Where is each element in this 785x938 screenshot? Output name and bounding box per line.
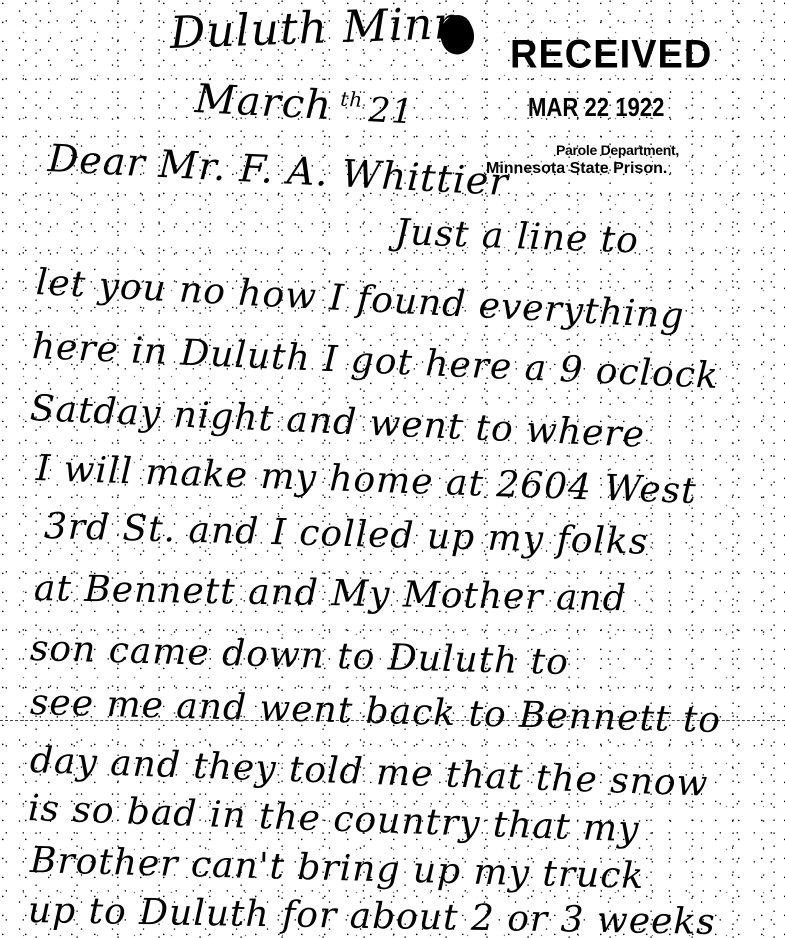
date-month: March [194, 76, 333, 129]
date-suffix: th [340, 86, 364, 111]
body-line-1: Just a line to [394, 212, 639, 261]
letter-place: Duluth Minn [169, 0, 463, 59]
received-stamp-date: MAR 22 1922 [528, 92, 664, 123]
received-stamp-institution: Minnesota State Prison. [486, 160, 667, 178]
date-day: 21 [368, 90, 415, 132]
received-stamp-department: Parole Department, [556, 142, 679, 158]
received-stamp-label: RECEIVED [510, 33, 712, 78]
